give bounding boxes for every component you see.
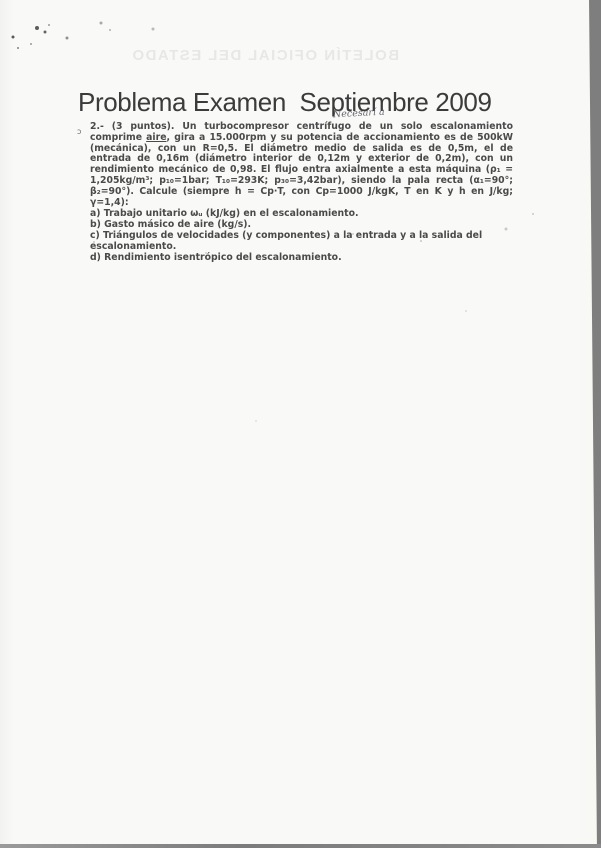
margin-mark: ɔ	[77, 127, 81, 138]
problem-statement: 2.- (3 puntos). Un turbocompresor centrí…	[90, 122, 513, 208]
scanned-exam-page: BOLETÍN OFICIAL DEL ESTADO Problema Exam…	[0, 0, 601, 848]
bleedthrough-text: BOLETÍN OFICIAL DEL ESTADO	[100, 47, 430, 64]
scanner-edge-right	[588, 0, 601, 848]
ink-specks	[0, 0, 2, 2]
question-item-d: d) Rendimiento isentrópico del escalonam…	[90, 253, 513, 264]
handwritten-annotation: Necesarí a	[333, 108, 385, 121]
page-title: Problema Examen Septiembre 2009	[78, 87, 492, 118]
scanner-edge-bottom	[0, 844, 601, 848]
question-item-c: c) Triángulos de velocidades (y componen…	[90, 231, 513, 253]
question-list: a) Trabajo unitario ωᵤ (kJ/kg) en el esc…	[90, 209, 513, 263]
problem-block: ɔ Necesarí a 2.- (3 puntos). Un turbocom…	[90, 122, 513, 263]
